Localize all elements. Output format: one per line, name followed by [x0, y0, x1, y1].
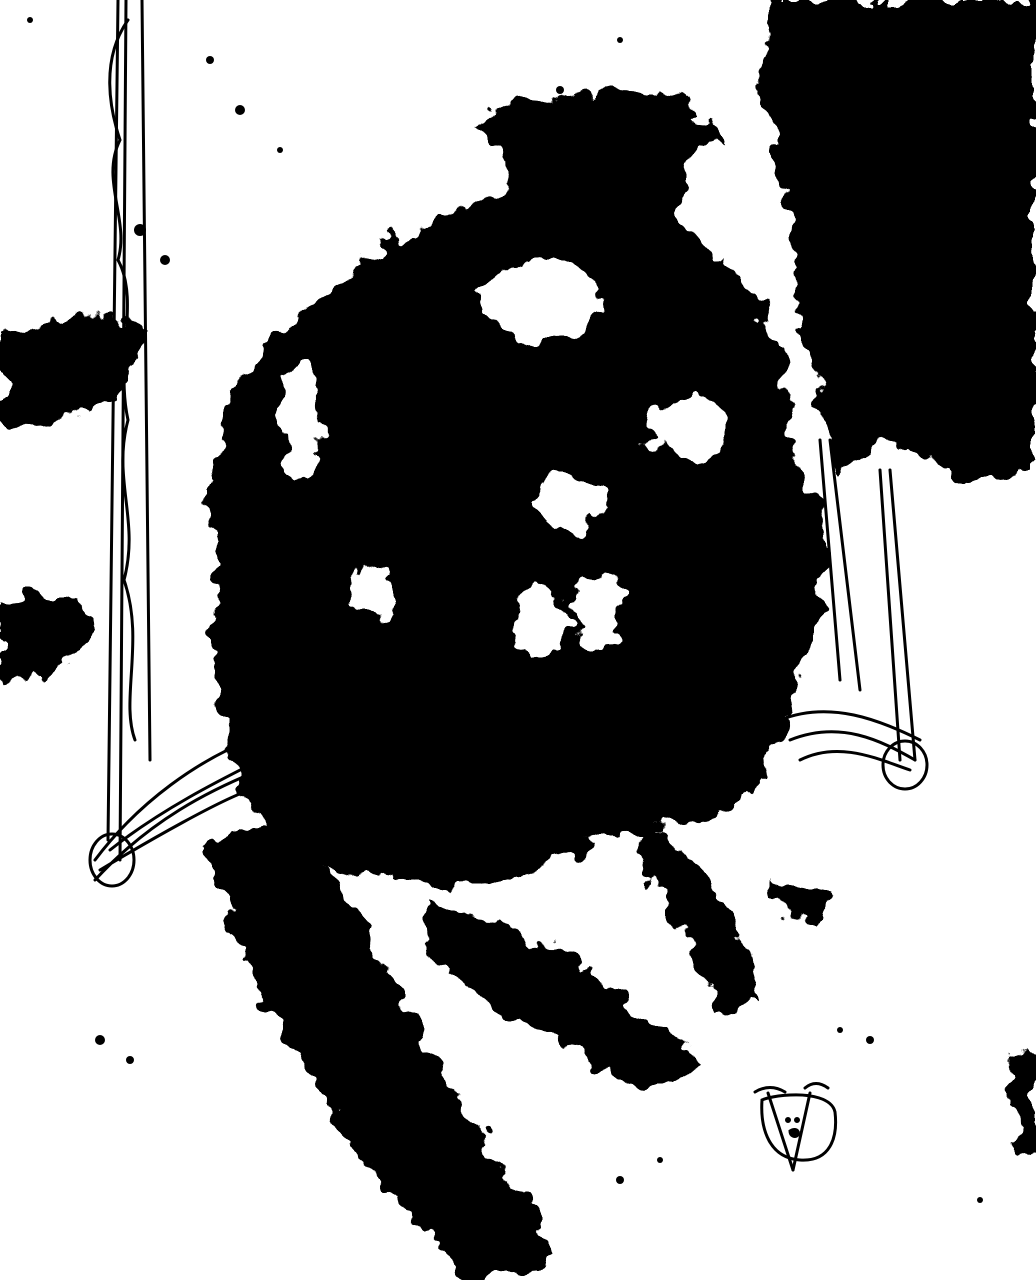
artwork-svg — [0, 0, 1036, 1280]
face-signature-icon — [755, 1084, 836, 1171]
top-right-dark-block — [760, 0, 1036, 480]
artwork-canvas: Abstract high-contrast black and white i… — [0, 0, 1036, 1280]
